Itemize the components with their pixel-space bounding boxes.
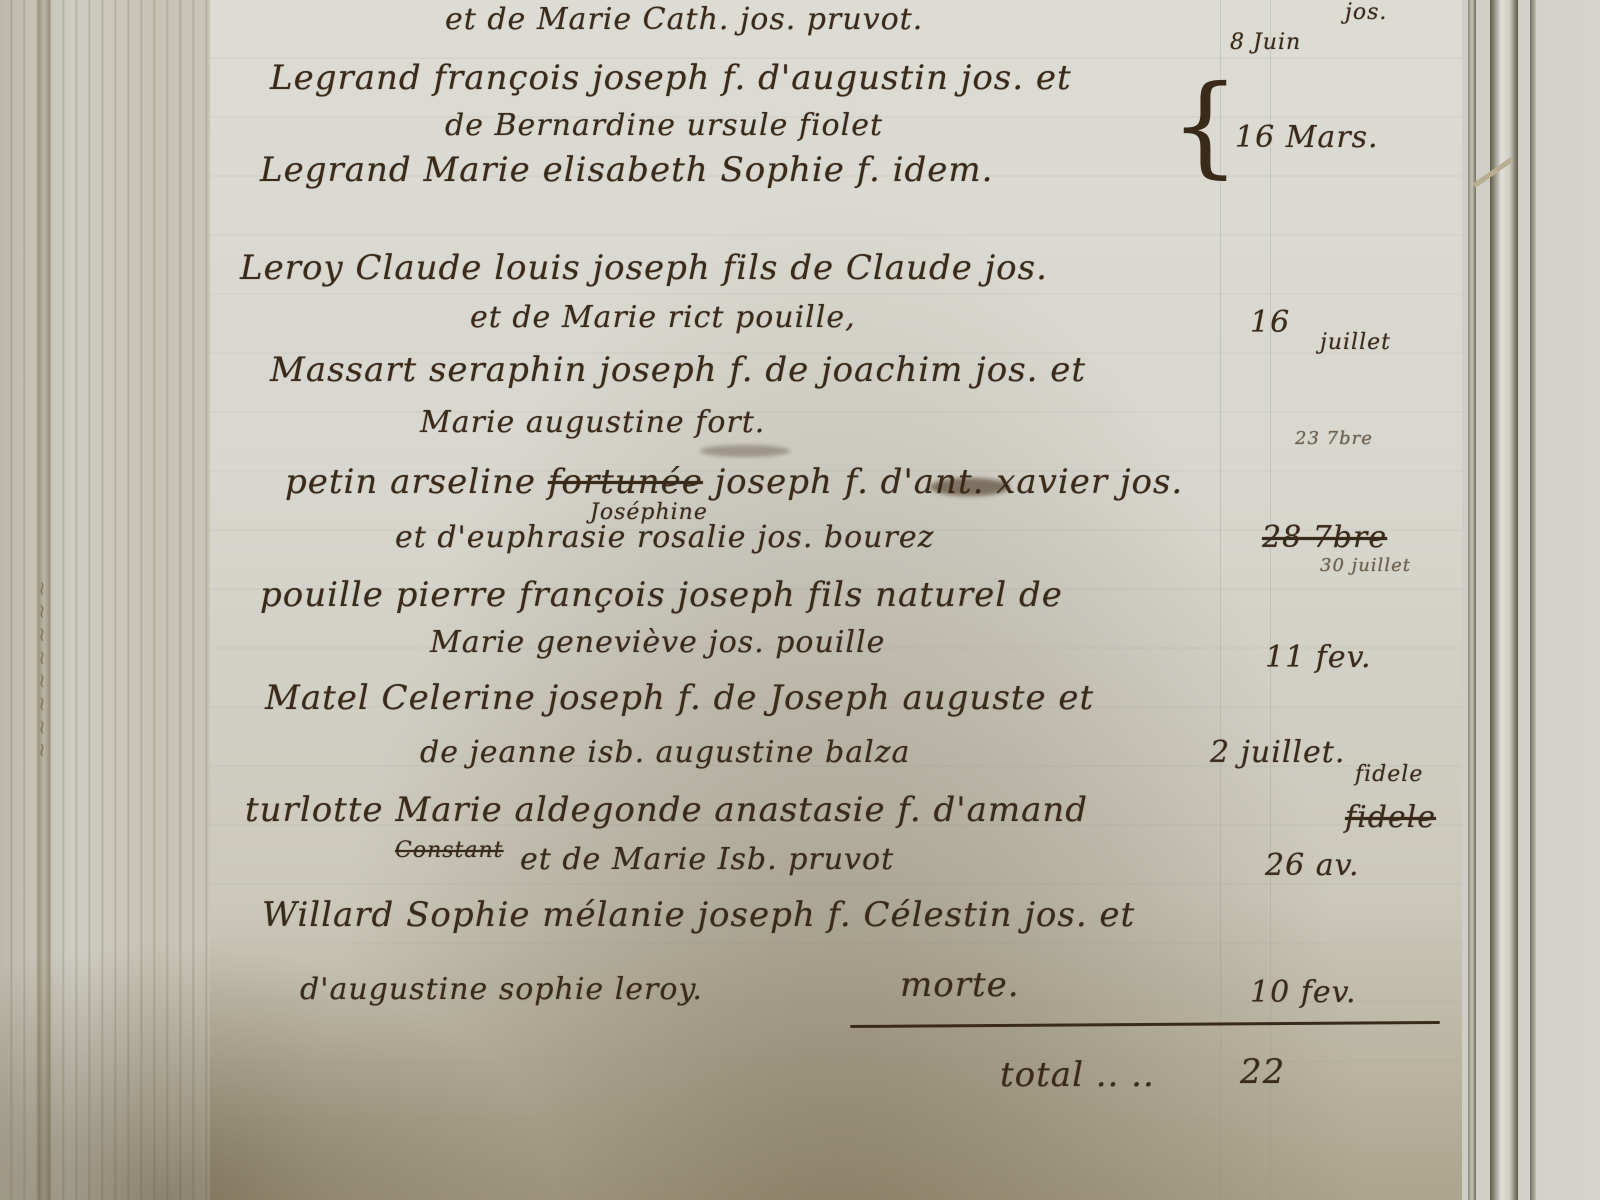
- struck-word: fortunée: [548, 462, 703, 502]
- entry-line: de jeanne isb. augustine balza: [420, 735, 910, 770]
- entry-date: 11 fev.: [1265, 640, 1372, 675]
- entry-line: de Bernardine ursule fiolet: [445, 108, 883, 143]
- death-annotation: morte.: [900, 965, 1020, 1005]
- entry-line: Marie augustine fort.: [420, 405, 765, 440]
- entry-date-faint: 23 7bre: [1295, 428, 1373, 449]
- correction-note: fidele: [1355, 762, 1423, 787]
- entry-date-month: juillet: [1320, 330, 1391, 355]
- entry-date: 26 av.: [1265, 848, 1360, 883]
- ink-smudge: [930, 478, 1010, 496]
- entry-name: Willard Sophie mélanie joseph f. Célesti…: [262, 895, 1135, 935]
- entry-date: 10 fev.: [1250, 975, 1357, 1010]
- struck-word: fidele: [1345, 800, 1436, 835]
- entry-name: Massart seraphin joseph f. de joachim jo…: [270, 350, 1086, 390]
- total-label: total .. ..: [1000, 1055, 1155, 1095]
- entry-line: d'augustine sophie leroy.: [300, 972, 703, 1007]
- binding-edge: [1530, 0, 1536, 1200]
- column-rule: [1270, 0, 1271, 1200]
- entry-date: 8 Juin: [1230, 30, 1301, 55]
- struck-word: Constant: [395, 838, 504, 863]
- entry-name: Legrand françois joseph f. d'augustin jo…: [270, 58, 1072, 98]
- entry-date: 2 juillet.: [1210, 735, 1345, 770]
- entry-name: turlotte Marie aldegonde anastasie f. d'…: [245, 790, 1088, 830]
- entry-line-fragment: jos.: [1345, 0, 1387, 25]
- binding-edge: [1468, 0, 1476, 1200]
- entry-name: Legrand Marie elisabeth Sophie f. idem.: [260, 150, 993, 190]
- entry-date: 28 7bre: [1262, 520, 1387, 555]
- entry-line: Marie geneviève jos. pouille: [430, 625, 885, 660]
- entry-line: et d'euphrasie rosalie jos. bourez: [395, 520, 934, 555]
- left-margin-note: ~ ~ ~ ~ ~ ~ ~ ~: [31, 580, 55, 759]
- entry-date: 16 Mars.: [1235, 120, 1379, 155]
- entry-name: petin arseline fortunée joseph f. d'ant.…: [285, 462, 1183, 502]
- total-value: 22: [1240, 1052, 1285, 1092]
- entry-name: Leroy Claude louis joseph fils de Claude…: [240, 248, 1048, 288]
- binding-spine: [1490, 0, 1518, 1200]
- entry-line: et de Marie Isb. pruvot: [520, 842, 894, 877]
- entry-date-alt: 30 juillet: [1320, 555, 1411, 576]
- entry-name-part: petin arseline: [285, 462, 536, 502]
- entry-line: et de Marie rict pouille,: [470, 300, 856, 335]
- ink-smudge: [700, 445, 790, 457]
- entry-date-day: 16: [1250, 305, 1290, 340]
- entry-name: pouille pierre françois joseph fils natu…: [260, 575, 1063, 615]
- entry-line: et de Marie Cath. jos. pruvot.: [445, 2, 923, 37]
- entry-name: Matel Celerine joseph f. de Joseph augus…: [265, 678, 1094, 718]
- brace-icon: {: [1170, 70, 1240, 180]
